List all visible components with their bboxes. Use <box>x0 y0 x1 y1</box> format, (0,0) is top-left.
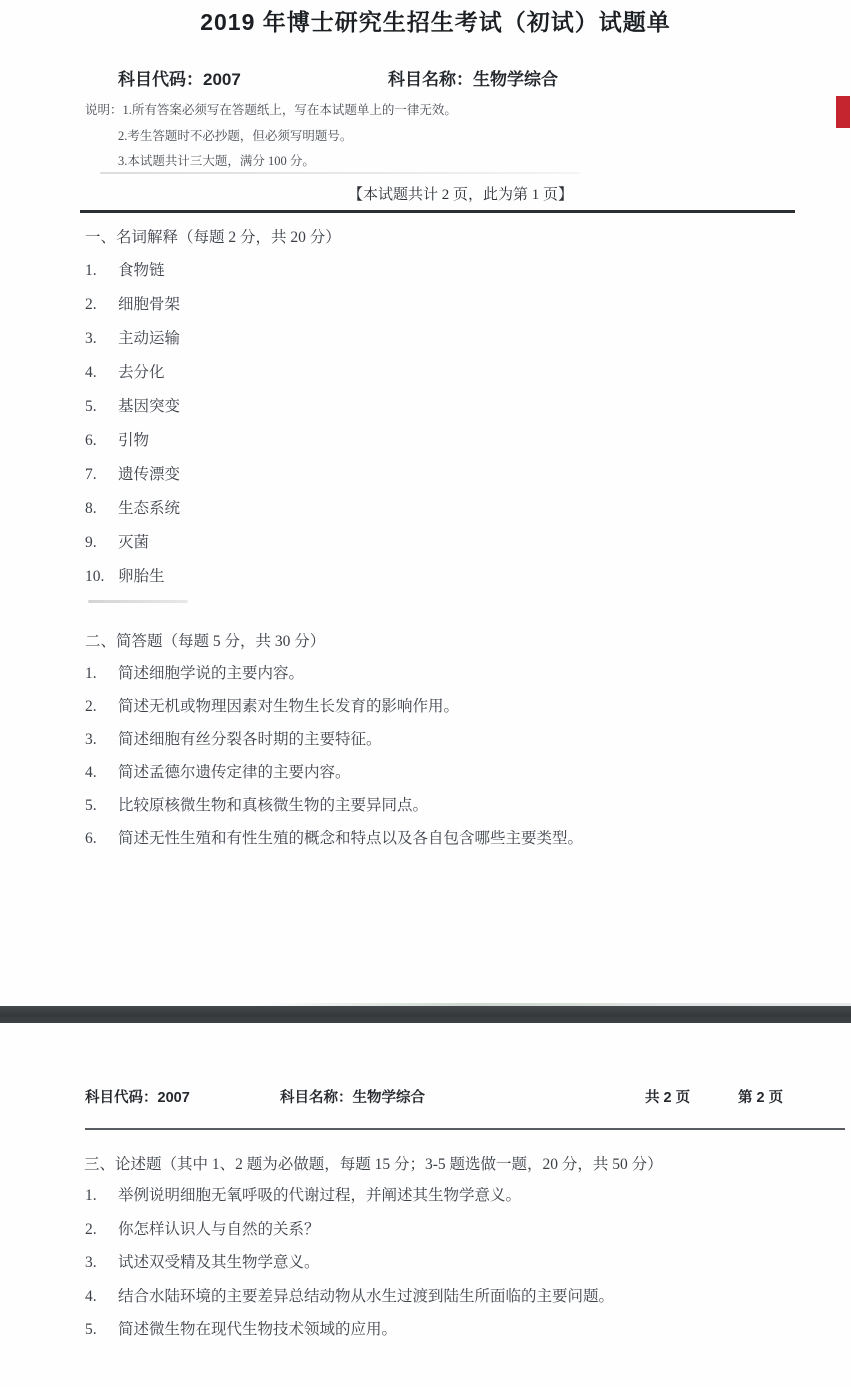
question-text: 基因突变 <box>118 398 180 415</box>
question-number: 10. <box>85 567 118 587</box>
question-item: 7.遗传漂变 <box>0 465 851 485</box>
question-item: 2.你怎样认识人与自然的关系？ <box>0 1220 851 1240</box>
question-text: 举例说明细胞无氧呼吸的代谢过程，并阐述其生物学意义。 <box>118 1187 521 1204</box>
header-divider-rule <box>80 210 795 213</box>
question-item: 5.基因突变 <box>0 397 851 417</box>
question-number: 4. <box>85 1287 118 1307</box>
subject-name-label: 科目名称：生物学综合 <box>280 1088 645 1108</box>
subject-code-label: 科目代码：2007 <box>85 1088 280 1108</box>
question-item: 5.简述微生物在现代生物技术领域的应用。 <box>0 1320 851 1340</box>
question-text: 试述双受精及其生物学意义。 <box>118 1254 320 1271</box>
question-number: 1. <box>85 664 118 684</box>
question-text: 你怎样认识人与自然的关系？ <box>118 1221 320 1238</box>
question-number: 5. <box>85 796 118 816</box>
question-text: 简述细胞有丝分裂各时期的主要特征。 <box>118 731 382 748</box>
question-number: 1. <box>85 261 118 281</box>
question-text: 食物链 <box>118 262 165 279</box>
question-number: 8. <box>85 499 118 519</box>
instruction-line-1: 说明：1.所有答案必须写在答题纸上，写在本试题单上的一律无效。 <box>0 98 851 124</box>
question-number: 2. <box>85 1220 118 1240</box>
question-item: 2.细胞骨架 <box>0 295 851 315</box>
question-text: 遗传漂变 <box>118 466 180 483</box>
question-text: 卵胎生 <box>118 568 165 585</box>
question-item: 5.比较原核微生物和真核微生物的主要异同点。 <box>0 796 851 816</box>
question-number: 4. <box>85 363 118 383</box>
instructions-block: 说明：1.所有答案必须写在答题纸上，写在本试题单上的一律无效。 2.考生答题时不… <box>0 98 851 175</box>
page-1: 2019 年博士研究生招生考试（初试）试题单 科目代码：2007科目名称：生物学… <box>0 0 851 1003</box>
page-2: 科目代码：2007科目名称：生物学综合共 2 页第 2 页 三、论述题（其中 1… <box>0 1023 851 1387</box>
instruction-line-2: 2.考生答题时不必抄题，但必须写明题号。 <box>0 124 851 150</box>
section-1-heading: 一、名词解释（每题 2 分，共 20 分） <box>0 227 851 249</box>
question-item: 8.生态系统 <box>0 499 851 519</box>
section-2-list: 1.简述细胞学说的主要内容。 2.简述无机或物理因素对生物生长发育的影响作用。 … <box>0 664 851 849</box>
question-number: 3. <box>85 1253 118 1273</box>
question-item: 1.举例说明细胞无氧呼吸的代谢过程，并阐述其生物学意义。 <box>0 1186 851 1206</box>
page-number-label: 第 2 页 <box>738 1090 783 1106</box>
question-item: 4.简述孟德尔遗传定律的主要内容。 <box>0 763 851 783</box>
question-number: 9. <box>85 533 118 553</box>
question-text: 细胞骨架 <box>118 296 180 313</box>
question-item: 4.去分化 <box>0 363 851 383</box>
question-item: 9.灭菌 <box>0 533 851 553</box>
question-text: 灭菌 <box>118 534 149 551</box>
question-item: 2.简述无机或物理因素对生物生长发育的影响作用。 <box>0 697 851 717</box>
question-number: 6. <box>85 829 118 849</box>
question-text: 简述无机或物理因素对生物生长发育的影响作用。 <box>118 698 459 715</box>
question-text: 引物 <box>118 432 149 449</box>
instruction-item-1: 1.所有答案必须写在答题纸上，写在本试题单上的一律无效。 <box>123 103 457 117</box>
section-3-list: 1.举例说明细胞无氧呼吸的代谢过程，并阐述其生物学意义。 2.你怎样认识人与自然… <box>0 1186 851 1340</box>
question-number: 3. <box>85 329 118 349</box>
scan-artifact-line <box>100 172 580 174</box>
red-stamp-mark <box>836 96 850 128</box>
page-count-note: 【本试题共计 2 页，此为第 1 页】 <box>35 184 851 206</box>
question-item: 1.食物链 <box>0 261 851 281</box>
question-number: 4. <box>85 763 118 783</box>
question-item: 6.简述无性生殖和有性生殖的概念和特点以及各自包含哪些主要类型。 <box>0 829 851 849</box>
page2-header-row: 科目代码：2007科目名称：生物学综合共 2 页第 2 页 <box>0 1088 851 1108</box>
question-item: 10.卵胎生 <box>0 567 851 587</box>
question-text: 简述微生物在现代生物技术领域的应用。 <box>118 1321 397 1338</box>
instruction-line-3: 3.本试题共计三大题，满分 100 分。 <box>0 149 851 175</box>
subject-row: 科目代码：2007科目名称：生物学综合 <box>0 68 851 92</box>
page-separator-band <box>0 1006 851 1023</box>
question-text: 简述细胞学说的主要内容。 <box>118 665 304 682</box>
question-text: 主动运输 <box>118 330 180 347</box>
question-number: 2. <box>85 295 118 315</box>
question-number: 3. <box>85 730 118 750</box>
total-pages-label: 共 2 页 <box>645 1088 738 1108</box>
exam-sheet: 2019 年博士研究生招生考试（初试）试题单 科目代码：2007科目名称：生物学… <box>0 0 851 1387</box>
question-number: 5. <box>85 397 118 417</box>
section-3-heading: 三、论述题（其中 1、2 题为必做题，每题 15 分；3-5 题选做一题，20 … <box>0 1154 851 1176</box>
question-text: 生态系统 <box>118 500 180 517</box>
question-item: 1.简述细胞学说的主要内容。 <box>0 664 851 684</box>
question-item: 3.试述双受精及其生物学意义。 <box>0 1253 851 1273</box>
question-text: 去分化 <box>118 364 165 381</box>
question-item: 4.结合水陆环境的主要差异总结动物从水生过渡到陆生所面临的主要问题。 <box>0 1287 851 1307</box>
subject-name-label: 科目名称：生物学综合 <box>388 70 558 89</box>
question-number: 2. <box>85 697 118 717</box>
question-number: 5. <box>85 1320 118 1340</box>
question-item: 3.简述细胞有丝分裂各时期的主要特征。 <box>0 730 851 750</box>
subject-code-label: 科目代码：2007 <box>118 68 388 92</box>
page-title: 2019 年博士研究生招生考试（初试）试题单 <box>0 6 851 38</box>
question-number: 7. <box>85 465 118 485</box>
question-item: 3.主动运输 <box>0 329 851 349</box>
question-text: 简述无性生殖和有性生殖的概念和特点以及各自包含哪些主要类型。 <box>118 830 583 847</box>
question-text: 结合水陆环境的主要差异总结动物从水生过渡到陆生所面临的主要问题。 <box>118 1288 614 1305</box>
question-number: 1. <box>85 1186 118 1206</box>
section-2-heading: 二、简答题（每题 5 分，共 30 分） <box>0 631 851 653</box>
question-number: 6. <box>85 431 118 451</box>
question-item: 6.引物 <box>0 431 851 451</box>
scan-artifact-smudge <box>88 600 188 603</box>
instruction-prefix: 说明： <box>85 103 123 117</box>
question-text: 简述孟德尔遗传定律的主要内容。 <box>118 764 351 781</box>
page2-header-rule <box>85 1128 845 1130</box>
section-1-list: 1.食物链 2.细胞骨架 3.主动运输 4.去分化 5.基因突变 6.引物 7.… <box>0 261 851 587</box>
question-text: 比较原核微生物和真核微生物的主要异同点。 <box>118 797 428 814</box>
